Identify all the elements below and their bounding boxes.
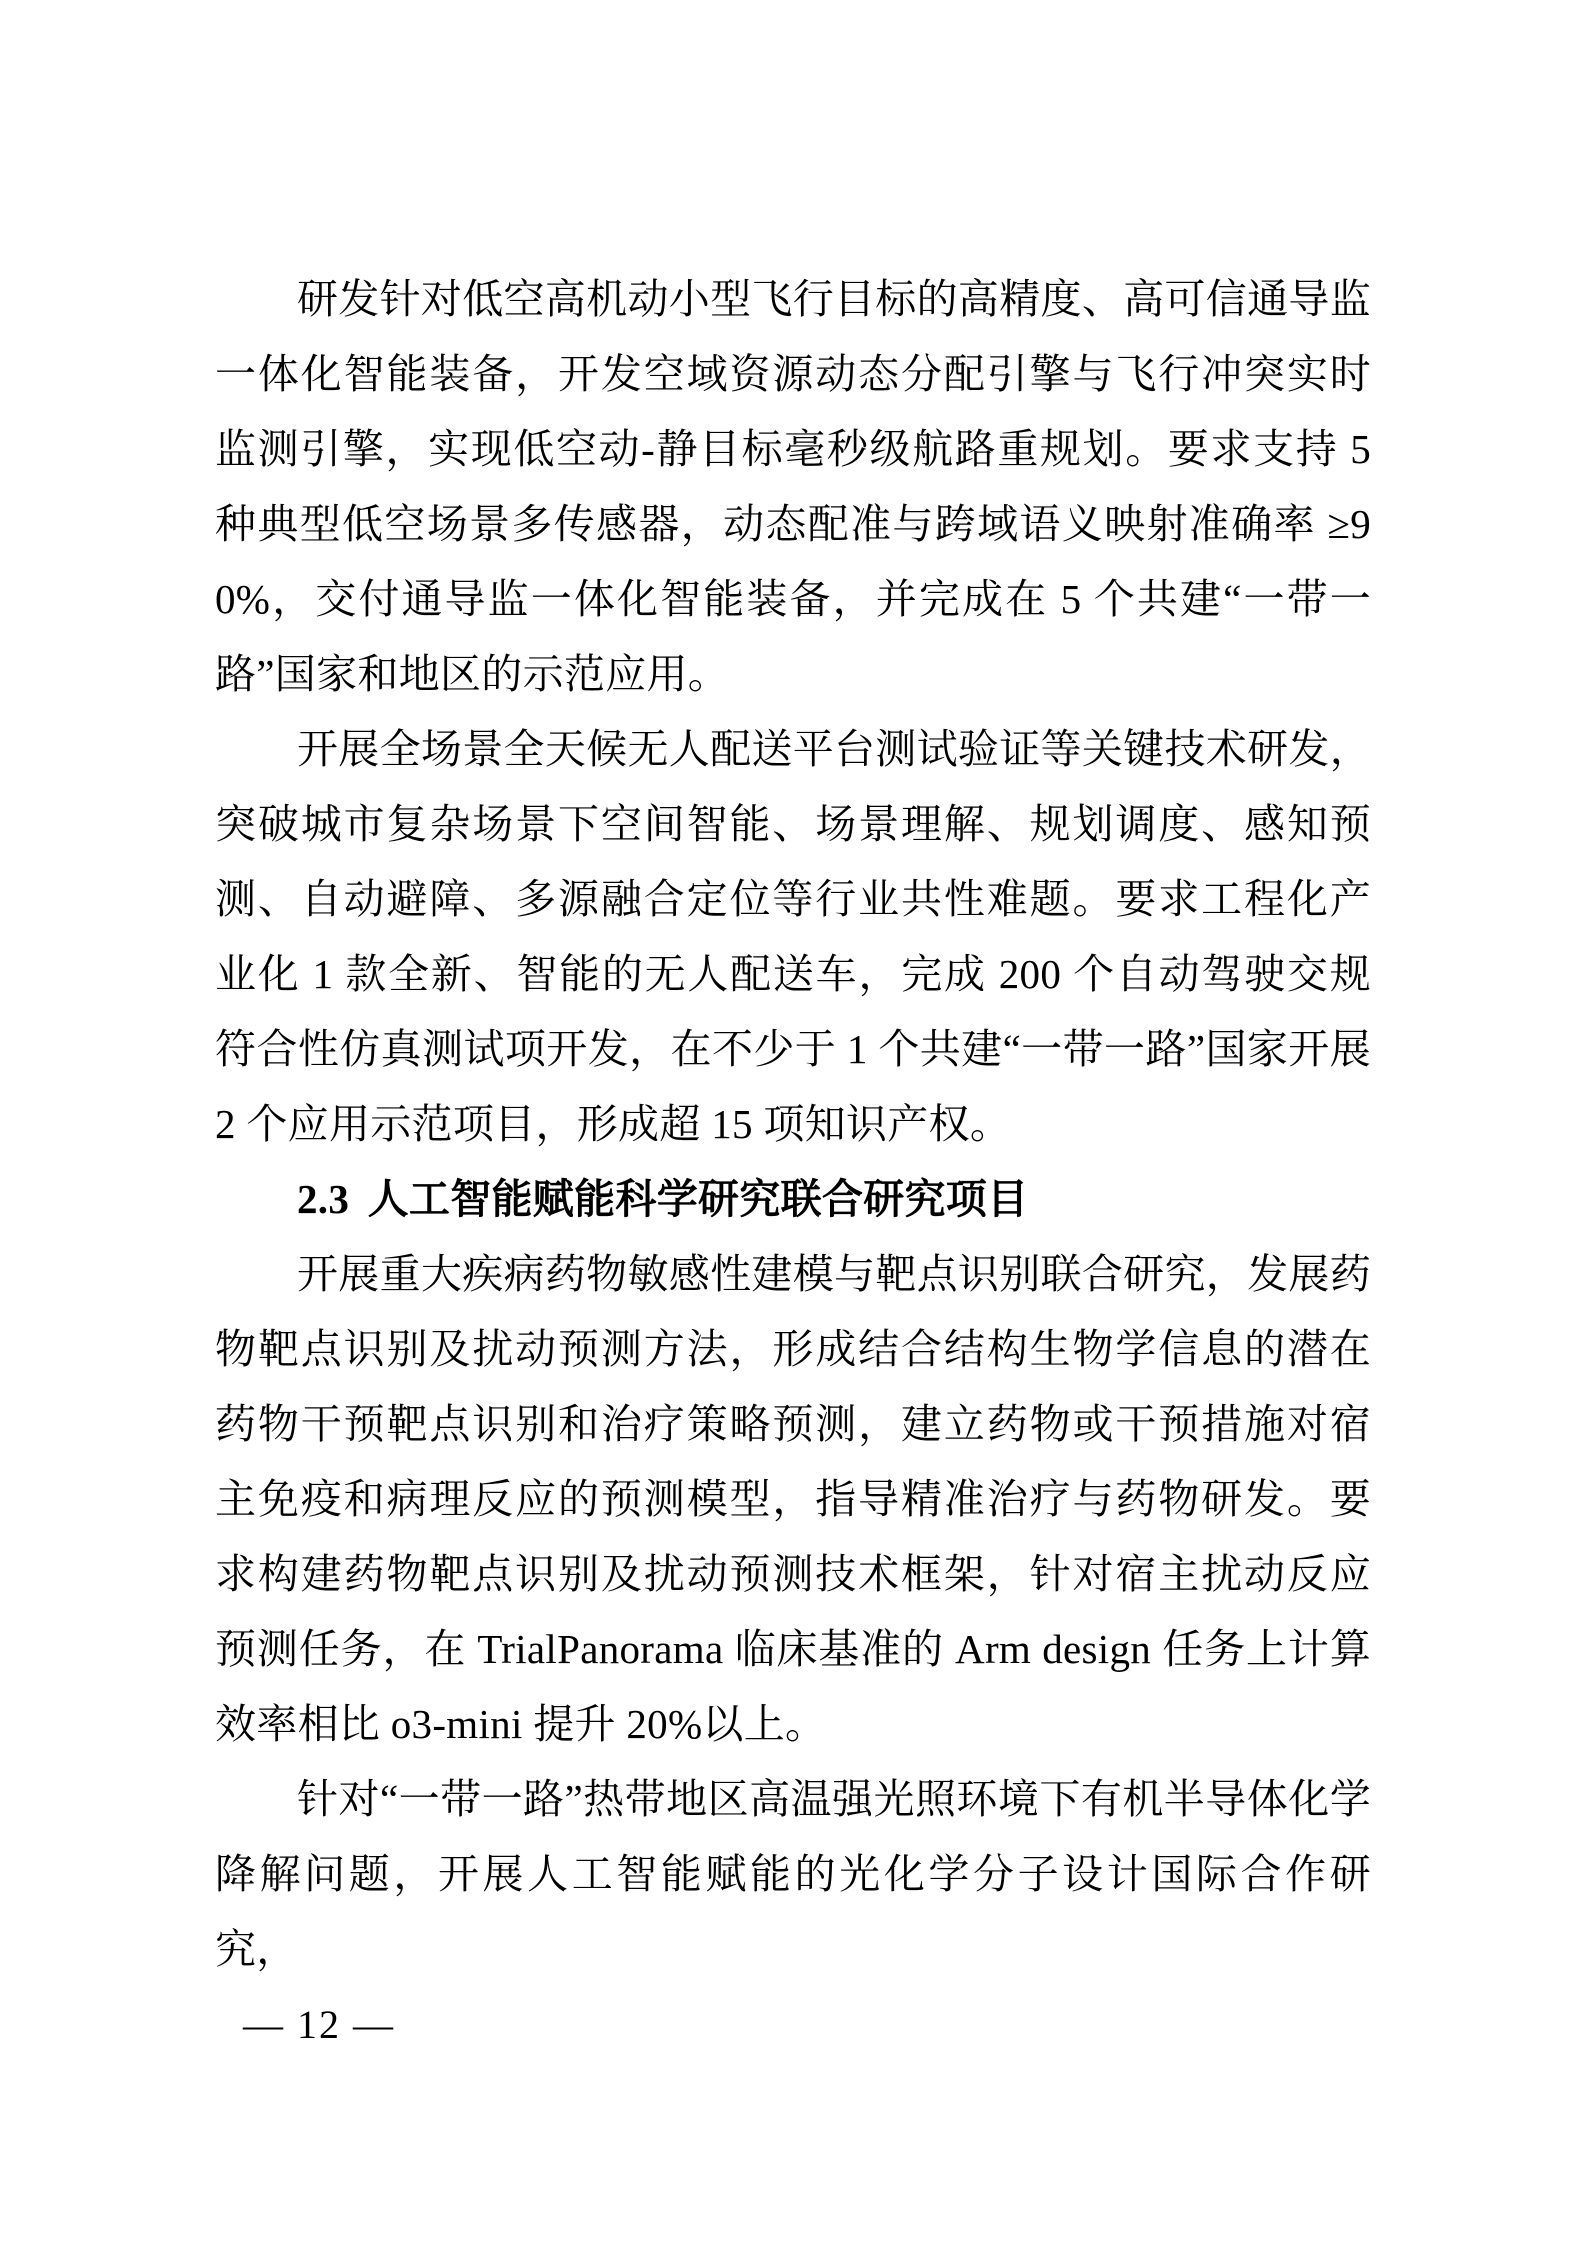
paragraph-unmanned-delivery: 开展全场景全天候无人配送平台测试验证等关键技术研发，突破城市复杂场景下空间智能、… [215, 712, 1371, 1162]
page-number: — 12 — [243, 2003, 395, 2047]
document-page: 研发针对低空高机动小型飞行目标的高精度、高可信通导监一体化智能装备，开发空域资源… [0, 0, 1587, 2245]
paragraph-low-altitude-equipment: 研发针对低空高机动小型飞行目标的高精度、高可信通导监一体化智能装备，开发空域资源… [215, 262, 1371, 712]
section-title: 人工智能赋能科学研究联合研究项目 [368, 1176, 1029, 1222]
text-block: 研发针对低空高机动小型飞行目标的高精度、高可信通导监一体化智能装备，开发空域资源… [215, 262, 1371, 1987]
section-heading-2-3: 2.3人工智能赋能科学研究联合研究项目 [215, 1162, 1371, 1237]
paragraph-drug-target-research: 开展重大疾病药物敏感性建模与靶点识别联合研究，发展药物靶点识别及扰动预测方法，形… [215, 1237, 1371, 1762]
section-number: 2.3 [297, 1176, 349, 1222]
paragraph-photochemistry-research: 针对“一带一路”热带地区高温强光照环境下有机半导体化学降解问题，开展人工智能赋能… [215, 1762, 1371, 1987]
